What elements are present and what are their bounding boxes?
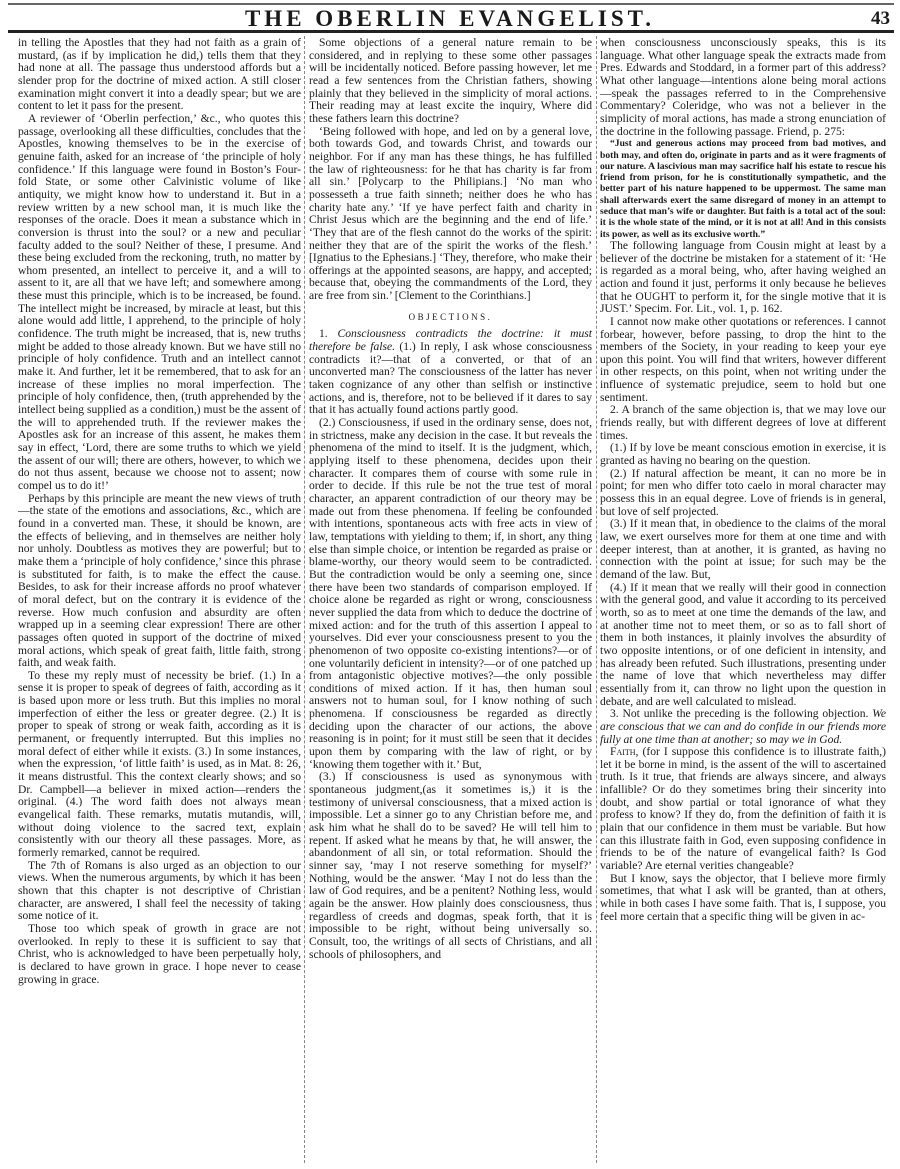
paragraph: The 7th of Romans is also urged as an ob… — [18, 860, 301, 923]
paragraph-intro: Some objections of a general nature rema… — [309, 37, 592, 126]
column-3: when consciousness unconsciously speaks,… — [600, 37, 886, 923]
paragraph: The following language from Cousin might… — [600, 240, 886, 316]
objection-3: 3. Not unlike the preceding is the follo… — [600, 708, 886, 746]
faith-text: (for I suppose this confidence is to ill… — [600, 745, 886, 872]
paragraph: (3.) If it mean that, in obedience to th… — [600, 518, 886, 581]
newspaper-title: THE OBERLIN EVANGELIST. — [0, 7, 900, 31]
paragraph-fathers-quote: ‘Being followed with hope, and led on by… — [309, 126, 592, 303]
page-number: 43 — [871, 7, 890, 31]
paragraph: To these my reply must of necessity be b… — [18, 670, 301, 860]
paragraph-faith: Faith, (for I suppose this confidence is… — [600, 746, 886, 873]
block-quote-coleridge: “Just and generous actions may proceed f… — [600, 138, 886, 240]
paragraph: (1.) If by love be meant conscious emoti… — [600, 442, 886, 467]
paragraph: But I know, says the objector, that I be… — [600, 873, 886, 924]
masthead-bottom-rule — [8, 30, 894, 33]
objection-2: 2. A branch of the same objection is, th… — [600, 404, 886, 442]
paragraph: Perhaps by this principle are meant the … — [18, 493, 301, 670]
paragraph: when consciousness unconsciously speaks,… — [600, 37, 886, 138]
column-2: Some objections of a general nature rema… — [309, 37, 592, 961]
paragraph: (3.) If consciousness is used as synonym… — [309, 771, 592, 961]
section-heading-objections: OBJECTIONS. — [309, 311, 592, 324]
column-divider-1 — [304, 36, 305, 1163]
objection-lead: 3. Not unlike the preceding is the follo… — [610, 707, 868, 720]
paragraph: in telling the Apostles that they had no… — [18, 37, 301, 113]
paragraph: A reviewer of ‘Oberlin perfection,’ &c.,… — [18, 113, 301, 493]
faith-word: Faith, — [610, 745, 638, 758]
paragraph: Those too which speak of growth in grace… — [18, 923, 301, 986]
paragraph: (4.) If it mean that we really will thei… — [600, 582, 886, 709]
paragraph: (2.) Consciousness, if used in the ordin… — [309, 417, 592, 771]
paragraph: (2.) If natural affection be meant, it c… — [600, 468, 886, 519]
masthead: THE OBERLIN EVANGELIST. 43 — [0, 0, 900, 34]
objection-1: 1. Consciousness contradicts the doctrin… — [309, 328, 592, 417]
paragraph: I cannot now make other quotations or re… — [600, 316, 886, 405]
column-1: in telling the Apostles that they had no… — [18, 37, 301, 986]
masthead-top-rule — [8, 3, 894, 5]
column-divider-2 — [596, 36, 597, 1163]
objection-number: 1. — [319, 327, 328, 340]
